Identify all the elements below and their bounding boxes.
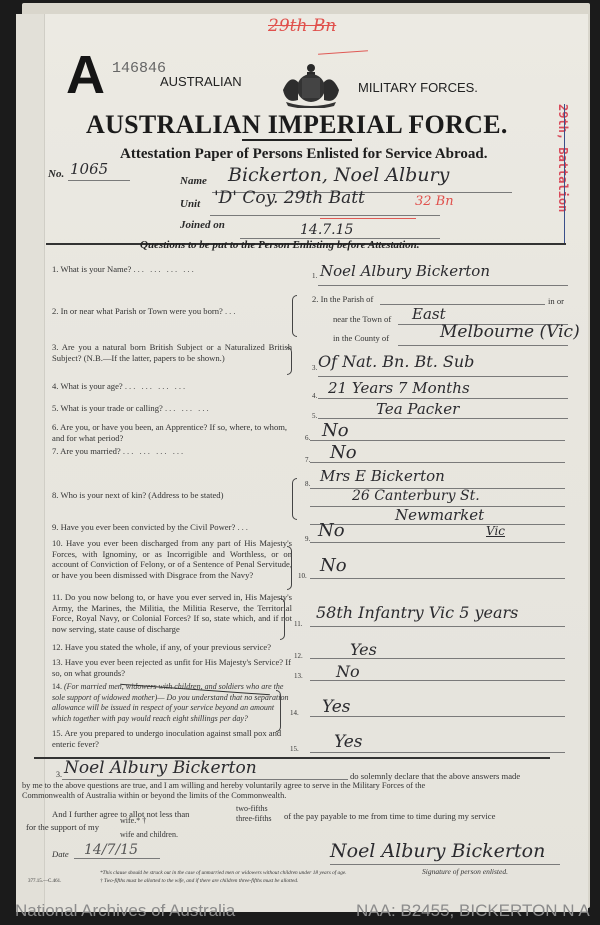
allot-end: of the pay payable to me from time to ti… (284, 811, 495, 822)
footnote-2: † Two-fifths must be allotted to the wif… (100, 878, 460, 885)
date-label: Date (52, 849, 69, 860)
unit-rule (210, 215, 440, 216)
question-7: 7. Are you married? ... ... ... ... (52, 446, 292, 457)
regimental-number: 1065 (70, 160, 108, 178)
support-text: for the support of my (26, 822, 99, 833)
battalion-side-stamp: 29th, Battalion (556, 104, 574, 244)
answer-num-13: 13. (294, 672, 303, 680)
signature-rule (330, 864, 560, 865)
answer-4: 21 Years 7 Months (328, 379, 470, 397)
unit-label: Unit (180, 198, 200, 210)
name-label: Name (180, 175, 207, 187)
title-underline (242, 139, 352, 141)
date-value: 14/7/15 (84, 842, 138, 858)
answer-rule-11 (310, 626, 565, 627)
serial-number: 146846 (112, 60, 166, 77)
answer-7: No (330, 442, 357, 463)
answer-num-1: 1. (312, 272, 317, 280)
answer-num-14: 14. (290, 709, 299, 717)
answer-rule-5 (318, 418, 568, 419)
brace-q10 (287, 546, 292, 590)
question-12: 12. Have you stated the whole, if any, o… (52, 642, 292, 653)
answer-num-12: 12. (294, 652, 303, 660)
declaration-name-rule (62, 779, 348, 780)
answer-num-5: 5. (312, 412, 317, 420)
coat-of-arms-icon (278, 60, 344, 108)
question-6: 6. Are you, or have you been, an Apprent… (52, 422, 292, 443)
answer-rule-8c (310, 524, 565, 525)
answer-num-15: 15. (290, 745, 299, 753)
date-rule (74, 858, 160, 859)
parish-label: 2. In the Parish of (312, 294, 373, 305)
brace-q8 (292, 478, 297, 520)
answer-15: Yes (334, 732, 363, 752)
question-8: 8. Who is your next of kin? (Address to … (52, 490, 292, 501)
paper-binding-edge (16, 14, 45, 912)
answer-rule-14 (310, 716, 565, 717)
answer-8-state: Vic (486, 524, 505, 538)
australian-label: AUSTRALIAN (160, 74, 242, 89)
question-2: 2. In or near what Parish or Town were y… (52, 306, 292, 317)
unit-value: 'D' Coy. 29th Batt (214, 188, 365, 208)
question-10: 10. Have you ever been discharged from a… (52, 538, 292, 580)
answer-rule-12 (310, 658, 565, 659)
answer-9: No (318, 520, 345, 541)
recruit-name: Bickerton, Noel Albury (228, 164, 449, 186)
question-15: 15. Are you prepared to undergo inoculat… (52, 728, 292, 749)
answer-num-3: 3. (312, 364, 317, 372)
recruit-signature: Noel Albury Bickerton (330, 840, 545, 862)
archive-watermark: National Archives of Australia (15, 901, 235, 921)
answer-rule-3 (318, 376, 568, 377)
answer-rule-9 (310, 542, 565, 543)
answer-rule-6 (310, 440, 565, 441)
joined-label: Joined on (180, 219, 225, 231)
declaration-line2: by me to the above questions are true, a… (22, 781, 552, 792)
question-13: 13. Have you ever been rejected as unfit… (52, 657, 292, 678)
three-fifths-option: three-fifths (236, 814, 272, 825)
answer-1: Noel Albury Bickerton (320, 262, 490, 280)
answer-rule-15 (310, 752, 565, 753)
brace-q3 (287, 347, 292, 375)
answer-rule-13 (310, 680, 565, 681)
declaration-line1: do solemnly declare that the above answe… (350, 771, 520, 782)
answer-rule-7 (310, 462, 565, 463)
footnote-1: *This clause should be struck out in the… (100, 870, 460, 877)
town-label: near the Town of (333, 314, 391, 325)
side-stamp-text: 29th, Battalion (556, 104, 570, 212)
answer-rule-4 (318, 398, 568, 399)
subtitle: Attestation Paper of Persons Enlisted fo… (120, 146, 487, 163)
question-4: 4. What is your age? ... ... ... ... (52, 381, 292, 392)
answer-rule-1 (318, 285, 568, 286)
record-reference: NAA: B2455, BICKERTON N A (356, 901, 590, 921)
declaration-number: 3. (56, 770, 62, 779)
declaration-name: Noel Albury Bickerton (64, 758, 257, 778)
no-label: No. (48, 168, 64, 180)
answer-12: Yes (350, 640, 377, 659)
answer-8-line2: 26 Canterbury St. (352, 488, 480, 504)
joined-date: 14.7.15 (300, 222, 353, 238)
answer-num-10: 10. (298, 572, 307, 580)
printer-code: 377.15.—C.461. (28, 877, 61, 888)
brace-q14 (276, 690, 281, 732)
question-1: 1. What is your Name? ... ... ... ... (52, 264, 292, 275)
answer-10: No (320, 555, 347, 576)
brace-q2 (292, 295, 297, 337)
unit-red-note: 32 Bn (415, 194, 454, 209)
county-value: Melbourne (Vic) (440, 322, 580, 342)
answer-num-11: 11. (294, 620, 303, 628)
unit-red-underline (320, 218, 416, 219)
question-11: 11. Do you now belong to, or have you ev… (52, 592, 292, 634)
question-5: 5. What is your trade or calling? ... ..… (52, 403, 292, 414)
answer-num-8: 8. (305, 480, 310, 488)
parish-rule (380, 304, 545, 305)
no-rule (68, 180, 130, 181)
red-annotation-top: 29th Bn (268, 16, 336, 36)
in-or-label: in or (548, 296, 564, 307)
wife-children-option: wife and children. (120, 830, 178, 841)
form-letter: A (66, 50, 105, 100)
questions-heading: Questions to be put to the Person Enlist… (140, 239, 420, 251)
question-3: 3. Are you a natural born British Subjec… (52, 342, 292, 363)
page-title: AUSTRALIAN IMPERIAL FORCE. (86, 110, 508, 140)
two-fifths-option: two-fifths (236, 804, 268, 815)
county-rule (398, 345, 568, 346)
answer-6: No (322, 420, 349, 441)
answer-3: Of Nat. Bn. Bt. Sub (318, 352, 474, 371)
town-value: East (412, 305, 446, 323)
side-stamp-strike (564, 104, 565, 244)
question-9: 9. Have you ever been convicted by the C… (52, 522, 292, 533)
answer-8-line1: Mrs E Bickerton (320, 467, 445, 485)
answer-11: 58th Infantry Vic 5 years (316, 603, 518, 622)
wife-option: wife.* † (120, 816, 146, 827)
answer-rule-10 (310, 578, 565, 579)
answer-13: No (336, 662, 360, 681)
declaration-line3: Commonwealth of Australia within or beyo… (22, 791, 552, 802)
county-label: in the County of (333, 333, 389, 344)
military-forces-label: MILITARY FORCES. (358, 80, 478, 95)
answer-5: Tea Packer (376, 400, 459, 418)
brace-q11 (280, 598, 285, 640)
answer-14: Yes (322, 697, 351, 717)
answer-8-line3: Newmarket (395, 506, 484, 524)
answer-num-4: 4. (312, 392, 317, 400)
